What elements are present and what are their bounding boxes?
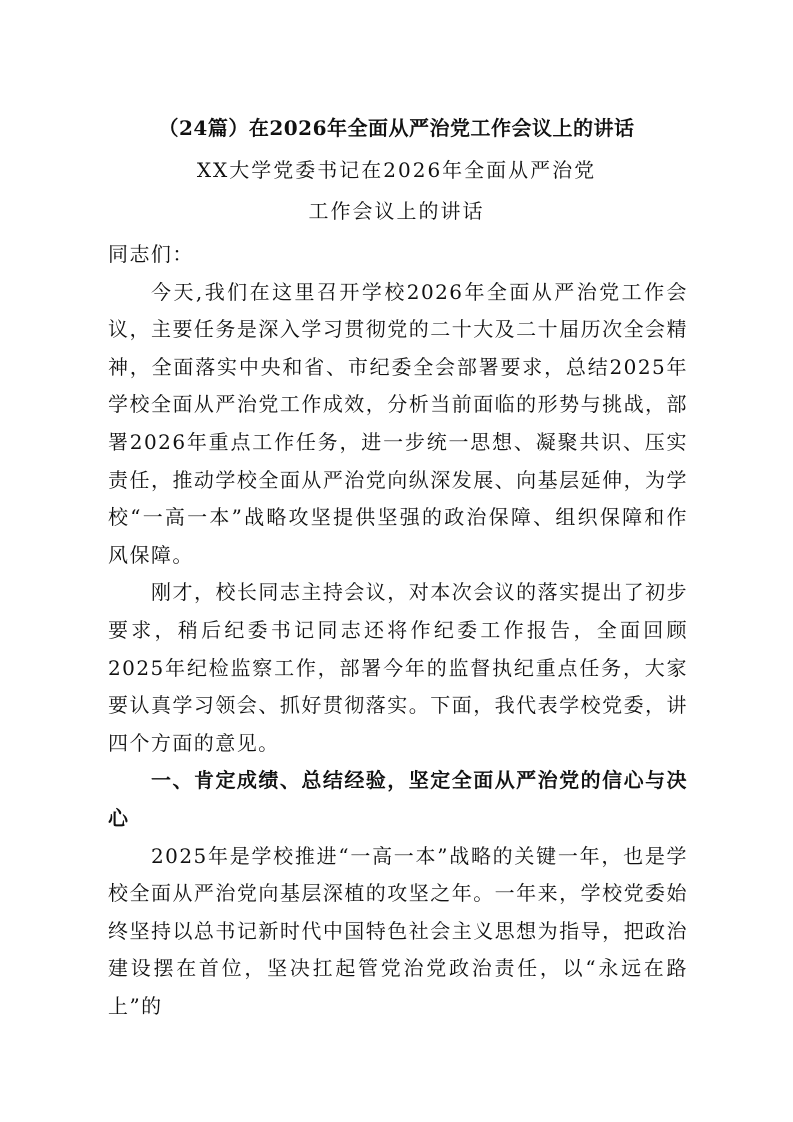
document-body: 同志们： 今天,我们在这里召开学校2026年全面从严治党工作会议，主要任务是深入…	[108, 236, 688, 1025]
document-title: （24篇）在2026年全面从严治党工作会议上的讲话	[0, 114, 793, 142]
paragraph-intro: 刚才，校长同志主持会议，对本次会议的落实提出了初步要求，稍后纪委书记同志还将作纪…	[108, 574, 688, 762]
salutation: 同志们：	[108, 236, 688, 274]
paragraph-opening: 今天,我们在这里召开学校2026年全面从严治党工作会议，主要任务是深入学习贯彻党…	[108, 274, 688, 575]
speech-subtitle-line-1: XX大学党委书记在2026年全面从严治党	[0, 156, 793, 184]
paragraph-section-1: 2025年是学校推进“一高一本”战略的关键一年，也是学校全面从严治党向基层深植的…	[108, 838, 688, 1026]
document-page: （24篇）在2026年全面从严治党工作会议上的讲话 XX大学党委书记在2026年…	[0, 0, 793, 1122]
section-heading-1: 一、肯定成绩、总结经验，坚定全面从严治党的信心与决心	[108, 762, 688, 837]
speech-subtitle-line-2: 工作会议上的讲话	[0, 197, 793, 225]
